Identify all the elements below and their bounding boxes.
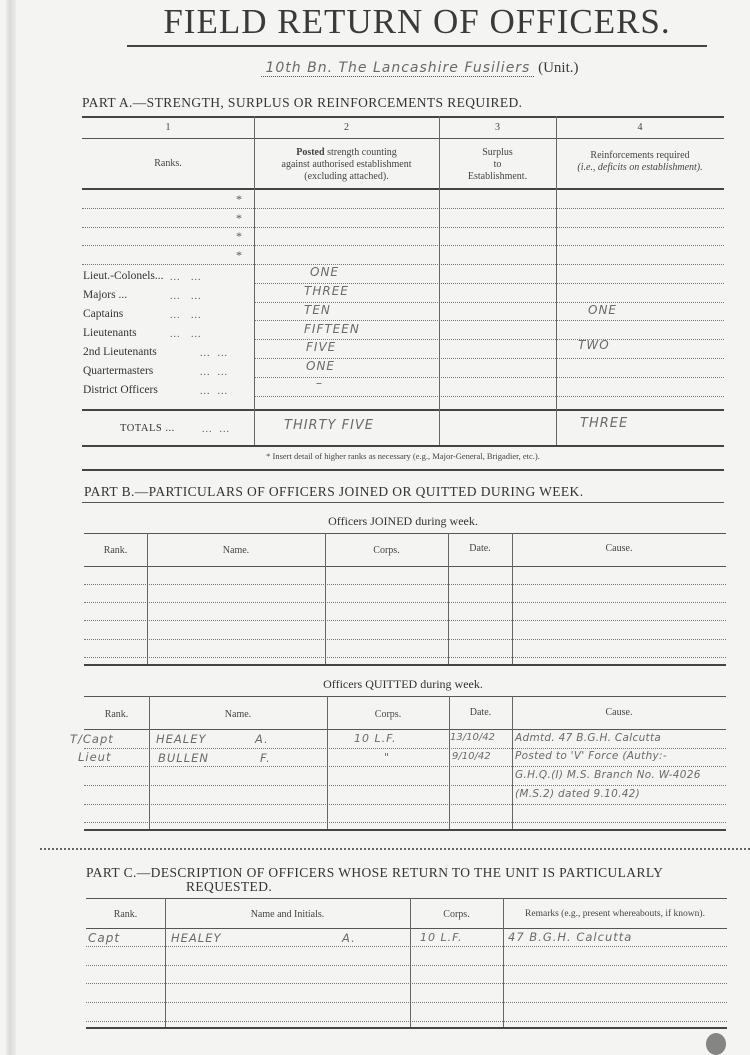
punch-hole-mark [706, 1033, 726, 1055]
part-c-name[interactable]: HEALEY [171, 931, 221, 945]
part-c-rank[interactable]: Capt [88, 931, 120, 945]
part-c-table [0, 0, 750, 1055]
part-c-remarks[interactable]: 47 B.G.H. Calcutta [508, 930, 632, 944]
part-c-corps[interactable]: 10 L.F. [420, 931, 463, 944]
part-c-col-rank: Rank. [86, 909, 165, 921]
part-c-col-name: Name and Initials. [165, 909, 410, 921]
part-c-col-remarks: Remarks (e.g., present whereabouts, if k… [503, 909, 727, 920]
part-c-col-corps: Corps. [410, 909, 503, 921]
part-c-initial[interactable]: A. [342, 931, 356, 945]
